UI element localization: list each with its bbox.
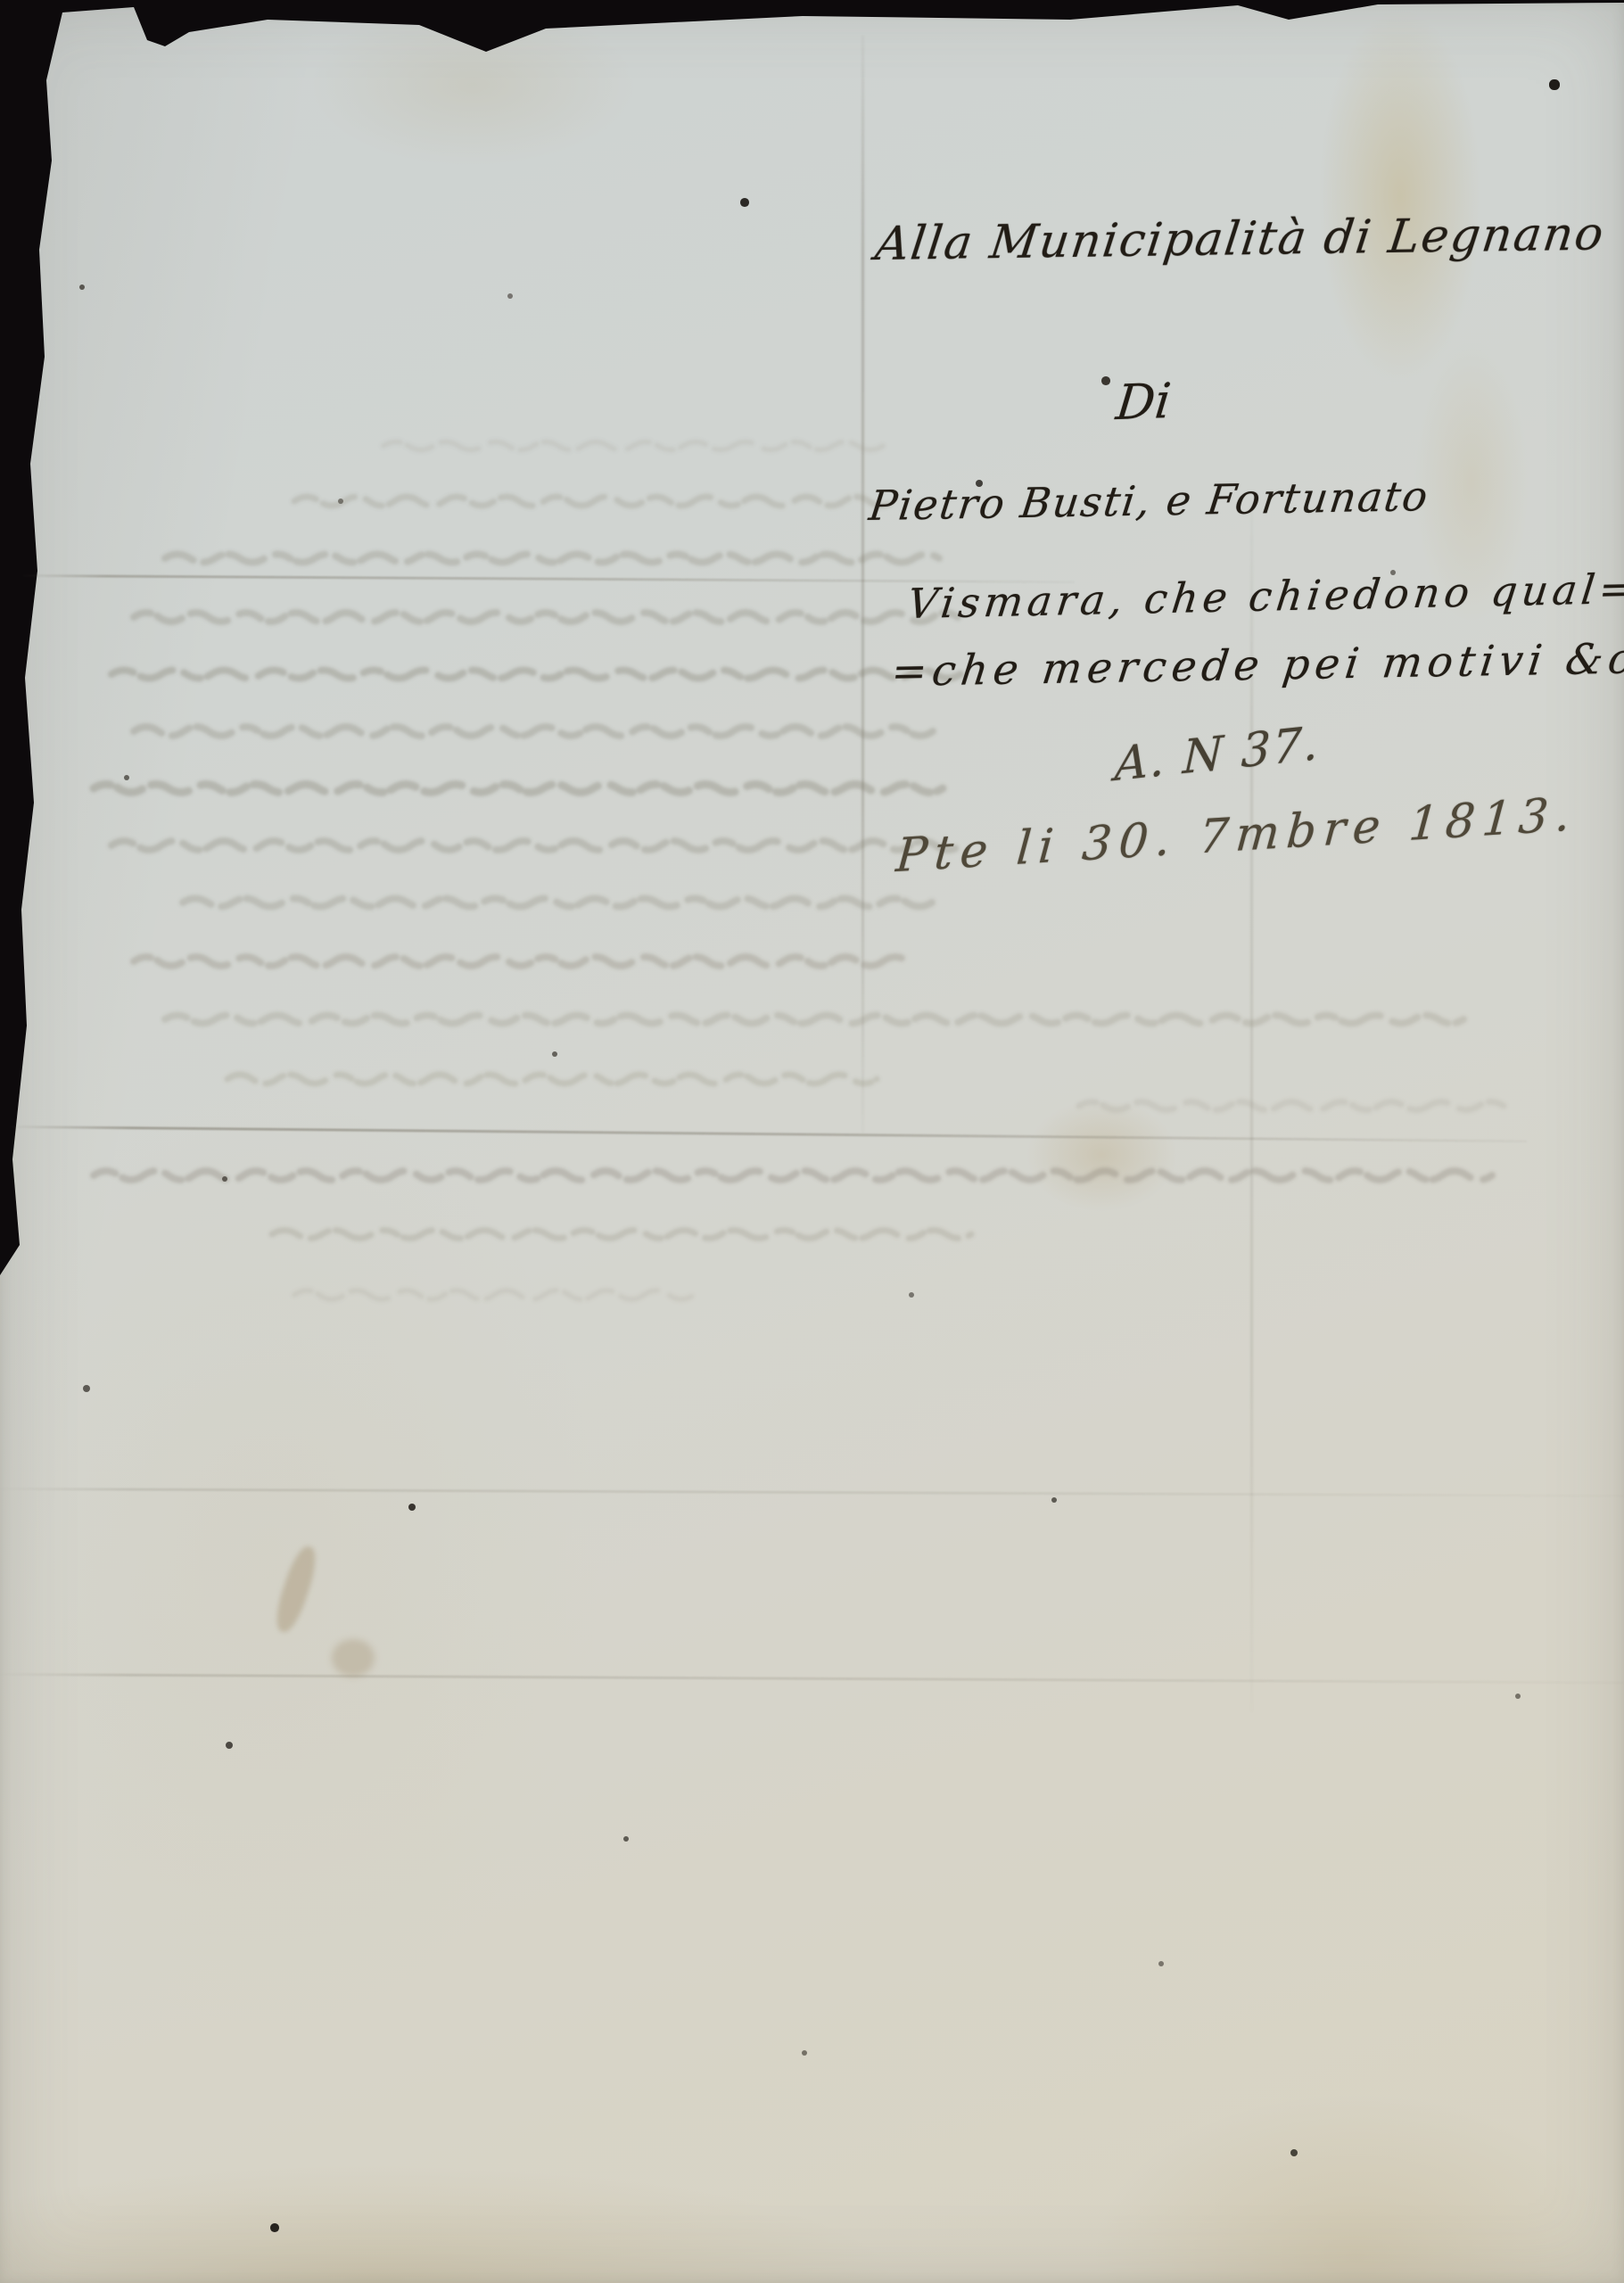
document-scan: Alla Municipalità di Legnano Di Pietro B… [0,0,1624,2283]
petitioners-line-1: Pietro Busti, e Fortunato [867,472,1432,530]
salutation-line: Di [1114,373,1174,431]
fold-crease-vertical [861,36,864,1133]
document-page [0,0,1624,2283]
address-line: Alla Municipalità di Legnano [872,208,1608,272]
foxing-specks [0,0,4,4]
